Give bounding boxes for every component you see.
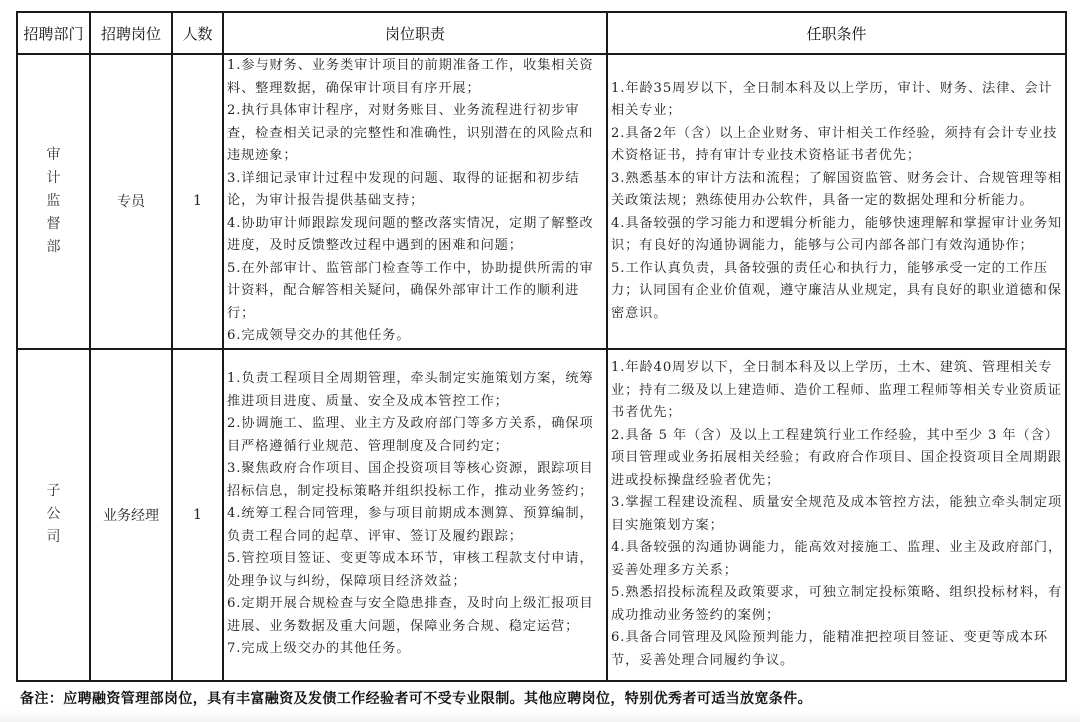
duty-item: 3.聚焦政府合作项目、国企投资项目等核心资源，跟踪项目招标信息，制定投标策略并组… (227, 458, 604, 503)
count-cell: 1 (172, 54, 223, 349)
department-char: 子 (18, 480, 89, 503)
requirement-item: 5.工作认真负责，具备较强的责任心和执行力，能够承受一定的工作压力；认同国有企业… (611, 258, 1063, 326)
department-char: 审 (18, 144, 89, 167)
duty-item: 1.参与财务、业务类审计项目的前期准备工作，收集相关资料、整理数据，确保审计项目… (227, 55, 604, 100)
requirement-item: 4.具备较强的沟通协调能力，能高效对接施工、监理、业主及政府部门，妥善处理多方关… (611, 537, 1063, 582)
duty-item: 3.详细记录审计过程中发现的问题、取得的证据和初步结论，为审计报告提供基础支持； (227, 168, 604, 213)
requirement-item: 2.具备 5 年（含）及以上工程建筑行业工作经验，其中至少 3 年（含）项目管理… (611, 425, 1063, 493)
duty-item: 2.协调施工、监理、业主方及政府部门等多方关系，确保项目严格遵循行业规范、管理制… (227, 413, 604, 458)
header-duties: 岗位职责 (223, 12, 607, 54)
requirement-item: 6.具备合同管理及风险预判能力，能精准把控项目签证、变更等成本环节，妥善处理合同… (611, 627, 1063, 672)
table-row: 子 公 司 业务经理 1 1.负责工程项目全周期管理，牵头制定实施策划方案，统筹… (17, 349, 1066, 681)
table-row: 审 计 监 督 部 专员 1 1.参与财务、业务类审计项目的前期准备工作，收集相… (17, 54, 1066, 349)
requirement-item: 1.年龄35周岁以下，全日制本科及以上学历，审计、财务、法律、会计相关专业； (611, 78, 1063, 123)
department-char: 司 (18, 526, 89, 549)
requirement-item: 5.熟悉招投标流程及政策要求，可独立制定投标策略、组织投标材料，有成功推动业务签… (611, 582, 1063, 627)
count-cell: 1 (172, 349, 223, 681)
header-department: 招聘部门 (17, 12, 90, 54)
duty-item: 5.管控项目签证、变更等成本环节，审核工程款支付申请，处理争议与纠纷，保障项目经… (227, 548, 604, 593)
duties-cell: 1.参与财务、业务类审计项目的前期准备工作，收集相关资料、整理数据，确保审计项目… (223, 54, 607, 349)
requirement-item: 3.熟悉基本的审计方法和流程；了解国资监管、财务会计、合规管理等相关政策法规；熟… (611, 168, 1063, 213)
header-requirements: 任职条件 (607, 12, 1066, 54)
department-cell: 子 公 司 (17, 349, 90, 681)
department-char: 监 (18, 190, 89, 213)
department-char: 公 (18, 503, 89, 526)
requirement-item: 1.年龄40周岁以下，全日制本科及以上学历，土木、建筑、管理相关专业；持有二级及… (611, 357, 1063, 425)
requirement-item: 2.具备2年（含）以上企业财务、审计相关工作经验，须持有会计专业技术资格证书，持… (611, 123, 1063, 168)
footnote: 备注：应聘融资管理部岗位，具有丰富融资及发债工作经验者可不受专业限制。其他应聘岗… (20, 688, 812, 708)
requirements-cell: 1.年龄35周岁以下，全日制本科及以上学历，审计、财务、法律、会计相关专业； 2… (607, 54, 1066, 349)
duty-item: 6.定期开展合规检查与安全隐患排查，及时向上级汇报项目进展、业务数据及重大问题，… (227, 593, 604, 638)
duty-item: 4.协助审计师跟踪发现问题的整改落实情况，定期了解整改进度，及时反馈整改过程中遇… (227, 213, 604, 258)
department-cell: 审 计 监 督 部 (17, 54, 90, 349)
requirement-item: 3.掌握工程建设流程、质量安全规范及成本管控方法，能独立牵头制定项目实施策划方案… (611, 492, 1063, 537)
duty-item: 6.完成领导交办的其他任务。 (227, 325, 604, 348)
header-count: 人数 (172, 12, 223, 54)
position-cell: 专员 (90, 54, 172, 349)
duties-cell: 1.负责工程项目全周期管理，牵头制定实施策划方案，统筹推进项目进度、质量、安全及… (223, 349, 607, 681)
duty-item: 4.统筹工程合同管理，参与项目前期成本测算、预算编制，负责工程合同的起草、评审、… (227, 503, 604, 548)
duty-item: 5.在外部审计、监管部门检查等工作中，协助提供所需的审计资料，配合解答相关疑问，… (227, 258, 604, 326)
duty-item: 2.执行具体审计程序，对财务账目、业务流程进行初步审查，检查相关记录的完整性和准… (227, 100, 604, 168)
table-header-row: 招聘部门 招聘岗位 人数 岗位职责 任职条件 (17, 12, 1066, 54)
department-char: 计 (18, 167, 89, 190)
duty-item: 1.负责工程项目全周期管理，牵头制定实施策划方案，统筹推进项目进度、质量、安全及… (227, 368, 604, 413)
department-char: 督 (18, 213, 89, 236)
header-position: 招聘岗位 (90, 12, 172, 54)
requirements-cell: 1.年龄40周岁以下，全日制本科及以上学历，土木、建筑、管理相关专业；持有二级及… (607, 349, 1066, 681)
requirement-item: 4.具备较强的学习能力和逻辑分析能力，能够快速理解和掌握审计业务知识；有良好的沟… (611, 213, 1063, 258)
duty-item: 7.完成上级交办的其他任务。 (227, 638, 604, 661)
recruitment-table: 招聘部门 招聘岗位 人数 岗位职责 任职条件 审 计 监 督 部 专员 1 1.… (16, 11, 1067, 682)
department-char: 部 (18, 236, 89, 259)
position-cell: 业务经理 (90, 349, 172, 681)
page-bottom-shade (0, 710, 1080, 722)
